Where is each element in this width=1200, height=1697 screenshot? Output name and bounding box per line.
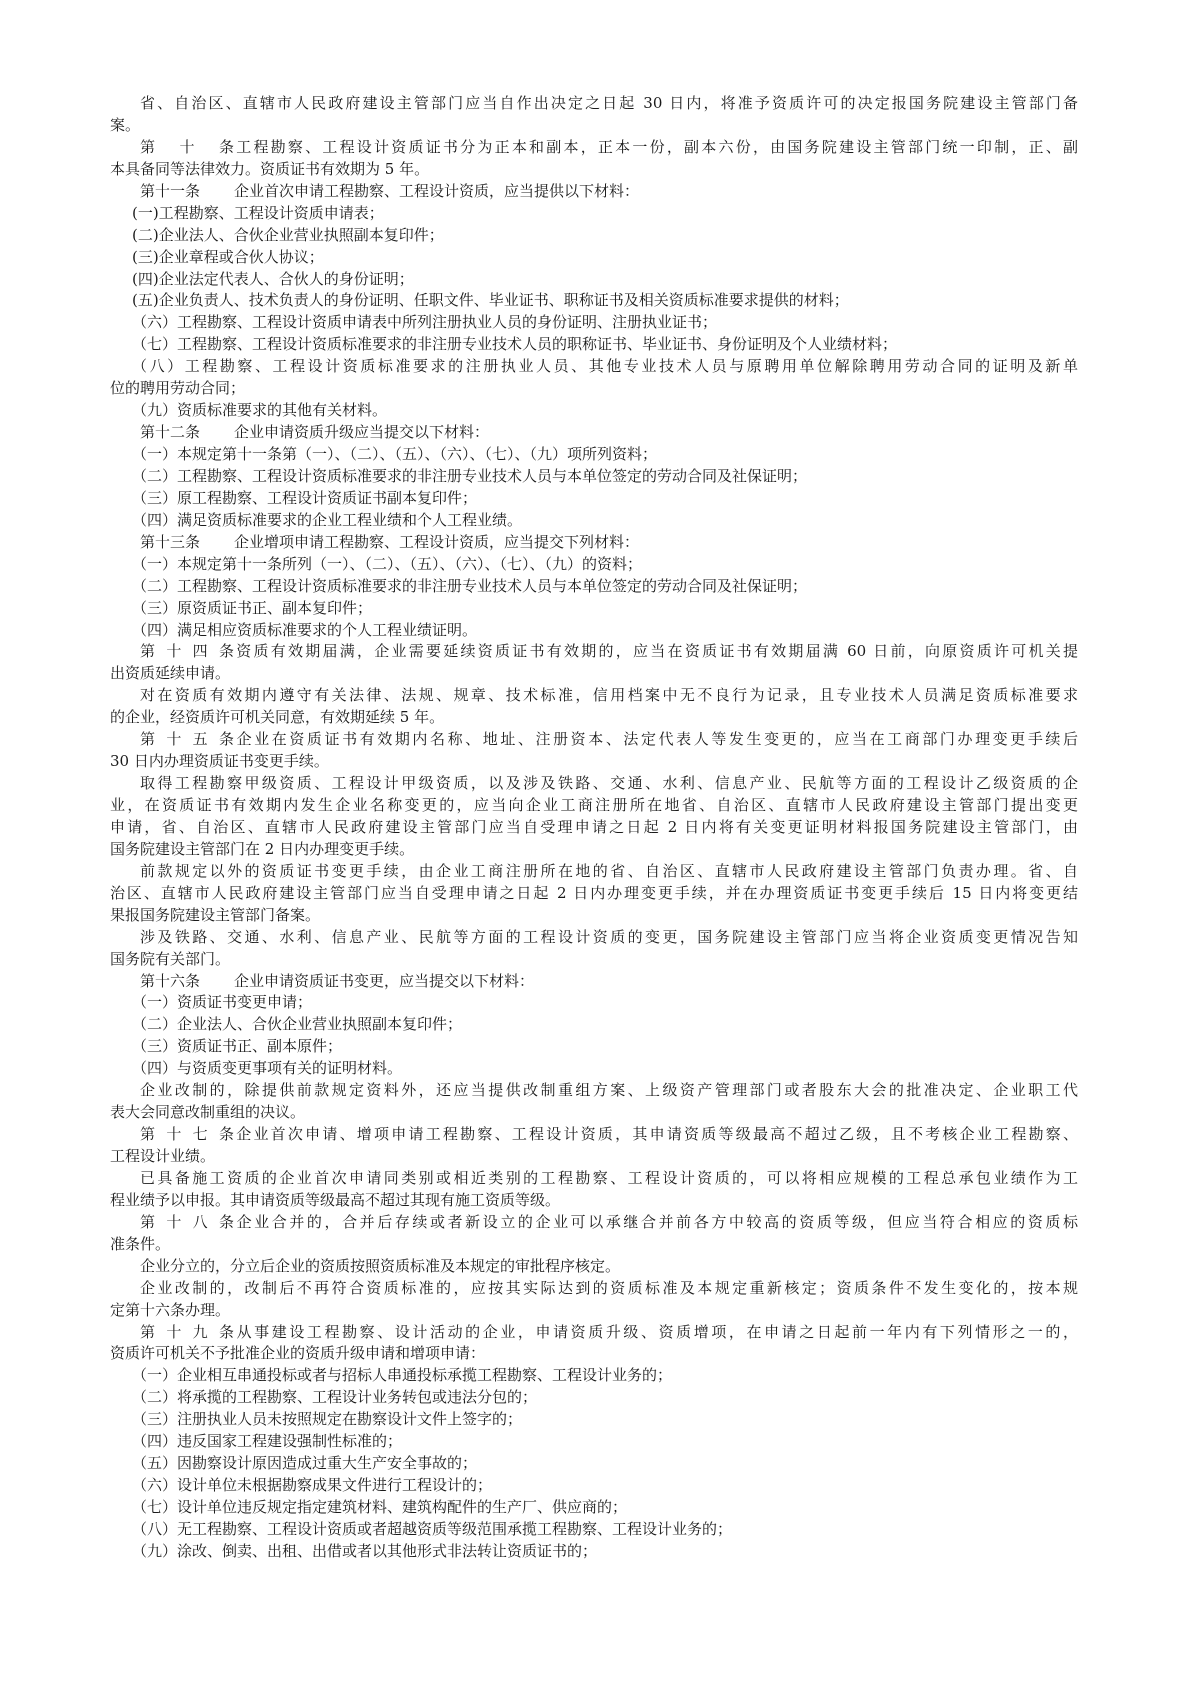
text-line: （三）原工程勘察、工程设计资质证书副本复印件； xyxy=(110,488,1078,510)
text-line: 国务院建设主管部门在 2 日内办理变更手续。 xyxy=(110,839,1078,861)
list-item: （三）原资质证书正、副本复印件； xyxy=(110,598,1078,620)
text-line: 准条件。 xyxy=(110,1234,1078,1256)
text-line: 工程设计业绩。 xyxy=(110,1146,1078,1168)
list-item: （七）工程勘察、工程设计资质标准要求的非注册专业技术人员的职称证书、毕业证书、身… xyxy=(110,334,1078,356)
list-item: （四）违反国家工程建设强制性标准的； xyxy=(110,1431,1078,1453)
list-item: （四）与资质变更事项有关的证明材料。 xyxy=(110,1058,1078,1080)
list-item: （一）本规定第十一条第（一）、（二）、（五）、（六）、（七）、（九）项所列资料； xyxy=(110,444,1078,466)
text-line: 第十六条企业申请资质证书变更，应当提交以下材料： xyxy=(110,971,1078,993)
list-item: （六）工程勘察、工程设计资质申请表中所列注册执业人员的身份证明、注册执业证书； xyxy=(110,312,1078,334)
article-number: 第十四条 xyxy=(140,641,234,663)
list-item: (三)企业章程或合伙人协议； xyxy=(110,247,1078,269)
article-paragraph: 第十二条企业申请资质升级应当提交以下材料： xyxy=(110,422,1078,444)
article-text: 企业申请资质升级应当提交以下材料： xyxy=(234,423,489,441)
text-line: （一）本规定第十一条所列（一）、（二）、（五）、（六）、（七）、（九）的资料； xyxy=(110,554,1078,576)
text-line: 省、自治区、直辖市人民政府建设主管部门应当自作出决定之日起 30 日内，将准予资… xyxy=(110,93,1078,115)
article-paragraph: 第十八条企业合并的，合并后存续或者新设立的企业可以承继合并前各方中较高的资质等级… xyxy=(110,1212,1078,1256)
text-line: (四)企业法定代表人、合伙人的身份证明； xyxy=(110,269,1078,291)
list-item: (一)工程勘察、工程设计资质申请表； xyxy=(110,203,1078,225)
article-number: 第十七条 xyxy=(140,1124,234,1146)
text-line: （一）本规定第十一条第（一）、（二）、（五）、（六）、（七）、（九）项所列资料； xyxy=(110,444,1078,466)
text-line: (二)企业法人、合伙企业营业执照副本复印件； xyxy=(110,225,1078,247)
body-paragraph: 企业改制的，除提供前款规定资料外，还应当提供改制重组方案、上级资产管理部门或者股… xyxy=(110,1080,1078,1124)
text-line: （七）设计单位违反规定指定建筑材料、建筑构配件的生产厂、供应商的； xyxy=(110,1497,1078,1519)
article-paragraph: 第十一条企业首次申请工程勘察、工程设计资质，应当提供以下材料： xyxy=(110,181,1078,203)
text-line: （四）满足资质标准要求的企业工程业绩和个人工程业绩。 xyxy=(110,510,1078,532)
list-item: （四）满足相应资质标准要求的个人工程业绩证明。 xyxy=(110,620,1078,642)
text-line: （八）工程勘察、工程设计资质标准要求的注册执业人员、其他专业技术人员与原聘用单位… xyxy=(110,356,1078,378)
text-line: （二）工程勘察、工程设计资质标准要求的非注册专业技术人员与本单位签定的劳动合同及… xyxy=(110,466,1078,488)
article-number: 第十一条 xyxy=(140,181,234,203)
list-item: （二）工程勘察、工程设计资质标准要求的非注册专业技术人员与本单位签定的劳动合同及… xyxy=(110,576,1078,598)
text-line: 表大会同意改制重组的决议。 xyxy=(110,1102,1078,1124)
text-line: （六）设计单位未根据勘察成果文件进行工程设计的； xyxy=(110,1475,1078,1497)
text-line: （九）涂改、倒卖、出租、出借或者以其他形式非法转让资质证书的； xyxy=(110,1541,1078,1563)
text-line: （五）因勘察设计原因造成过重大生产安全事故的； xyxy=(110,1453,1078,1475)
text-line: 治区、直辖市人民政府建设主管部门应当自受理申请之日起 2 日内办理变更手续，并在… xyxy=(110,883,1078,905)
text-line: （四）违反国家工程建设强制性标准的； xyxy=(110,1431,1078,1453)
text-line: 国务院有关部门。 xyxy=(110,949,1078,971)
text-line: 本具备同等法律效力。资质证书有效期为 5 年。 xyxy=(110,159,1078,181)
article-paragraph: 第十五条企业在资质证书有效期内名称、地址、注册资本、法定代表人等发生变更的，应当… xyxy=(110,729,1078,773)
text-line: 对在资质有效期内遵守有关法律、法规、规章、技术标准，信用档案中无不良行为记录，且… xyxy=(110,685,1078,707)
list-item: （一）企业相互串通投标或者与招标人串通投标承揽工程勘察、工程设计业务的； xyxy=(110,1365,1078,1387)
text-line: 资质许可机关不予批准企业的资质升级申请和增项申请： xyxy=(110,1343,1078,1365)
text-line: 程业绩予以申报。其申请资质等级最高不超过其现有施工资质等级。 xyxy=(110,1190,1078,1212)
text-line: 第十一条企业首次申请工程勘察、工程设计资质，应当提供以下材料： xyxy=(110,181,1078,203)
article-text: 企业增项申请工程勘察、工程设计资质，应当提交下列材料： xyxy=(234,533,639,551)
article-number: 第十六条 xyxy=(140,971,234,993)
body-paragraph: 涉及铁路、交通、水利、信息产业、民航等方面的工程设计资质的变更，国务院建设主管部… xyxy=(110,927,1078,971)
list-item: （四）满足资质标准要求的企业工程业绩和个人工程业绩。 xyxy=(110,510,1078,532)
article-number: 第十条 xyxy=(140,137,234,159)
list-item: （三）原工程勘察、工程设计资质证书副本复印件； xyxy=(110,488,1078,510)
article-number: 第十九条 xyxy=(140,1322,234,1344)
text-line: （九）资质标准要求的其他有关材料。 xyxy=(110,400,1078,422)
text-line: （二）将承揽的工程勘察、工程设计业务转包或违法分包的； xyxy=(110,1387,1078,1409)
text-line: （七）工程勘察、工程设计资质标准要求的非注册专业技术人员的职称证书、毕业证书、身… xyxy=(110,334,1078,356)
list-item: （五）因勘察设计原因造成过重大生产安全事故的； xyxy=(110,1453,1078,1475)
article-text: 企业合并的，合并后存续或者新设立的企业可以承继合并前各方中较高的资质等级，但应当… xyxy=(234,1213,1078,1231)
text-line: 第十五条企业在资质证书有效期内名称、地址、注册资本、法定代表人等发生变更的，应当… xyxy=(110,729,1078,751)
article-text: 企业申请资质证书变更，应当提交以下材料： xyxy=(234,972,534,990)
text-line: (三)企业章程或合伙人协议； xyxy=(110,247,1078,269)
text-line: （三）原资质证书正、副本复印件； xyxy=(110,598,1078,620)
list-item: (五)企业负责人、技术负责人的身份证明、任职文件、毕业证书、职称证书及相关资质标… xyxy=(110,290,1078,312)
list-item: （三）注册执业人员未按照规定在勘察设计文件上签字的； xyxy=(110,1409,1078,1431)
text-line: （二）工程勘察、工程设计资质标准要求的非注册专业技术人员与本单位签定的劳动合同及… xyxy=(110,576,1078,598)
text-line: 第十八条企业合并的，合并后存续或者新设立的企业可以承继合并前各方中较高的资质等级… xyxy=(110,1212,1078,1234)
text-line: （六）工程勘察、工程设计资质申请表中所列注册执业人员的身份证明、注册执业证书； xyxy=(110,312,1078,334)
text-line: (一)工程勘察、工程设计资质申请表； xyxy=(110,203,1078,225)
text-line: 第十九条从事建设工程勘察、设计活动的企业，申请资质升级、资质增项，在申请之日起前… xyxy=(110,1322,1078,1344)
article-text: 从事建设工程勘察、设计活动的企业，申请资质升级、资质增项，在申请之日起前一年内有… xyxy=(234,1323,1078,1341)
text-line: 业，在资质证书有效期内发生企业名称变更的，应当向企业工商注册所在地省、自治区、直… xyxy=(110,795,1078,817)
article-paragraph: 第十四条资质有效期届满，企业需要延续资质证书有效期的，应当在资质证书有效期届满 … xyxy=(110,641,1078,685)
list-item: （六）设计单位未根据勘察成果文件进行工程设计的； xyxy=(110,1475,1078,1497)
list-item: （一）本规定第十一条所列（一）、（二）、（五）、（六）、（七）、（九）的资料； xyxy=(110,554,1078,576)
list-item: （一）资质证书变更申请； xyxy=(110,992,1078,1014)
list-item: （八）无工程勘察、工程设计资质或者超越资质等级范围承揽工程勘察、工程设计业务的； xyxy=(110,1519,1078,1541)
article-text: 企业在资质证书有效期内名称、地址、注册资本、法定代表人等发生变更的，应当在工商部… xyxy=(234,730,1078,748)
document-page: 省、自治区、直辖市人民政府建设主管部门应当自作出决定之日起 30 日内，将准予资… xyxy=(110,93,1078,1563)
article-number: 第十三条 xyxy=(140,532,234,554)
list-item: （二）工程勘察、工程设计资质标准要求的非注册专业技术人员与本单位签定的劳动合同及… xyxy=(110,466,1078,488)
list-item: （三）资质证书正、副本原件； xyxy=(110,1036,1078,1058)
article-paragraph: 第十七条企业首次申请、增项申请工程勘察、工程设计资质，其申请资质等级最高不超过乙… xyxy=(110,1124,1078,1168)
article-text: 资质有效期届满，企业需要延续资质证书有效期的，应当在资质证书有效期届满 60 日… xyxy=(234,642,1078,660)
text-line: （二）企业法人、合伙企业营业执照副本复印件； xyxy=(110,1014,1078,1036)
article-text: 企业首次申请工程勘察、工程设计资质，应当提供以下材料： xyxy=(234,182,639,200)
list-item: （九）资质标准要求的其他有关材料。 xyxy=(110,400,1078,422)
text-line: 位的聘用劳动合同； xyxy=(110,378,1078,400)
article-number: 第十二条 xyxy=(140,422,234,444)
text-line: （四）与资质变更事项有关的证明材料。 xyxy=(110,1058,1078,1080)
body-paragraph: 取得工程勘察甲级资质、工程设计甲级资质，以及涉及铁路、交通、水利、信息产业、民航… xyxy=(110,773,1078,861)
body-paragraph: 前款规定以外的资质证书变更手续，由企业工商注册所在地的省、自治区、直辖市人民政府… xyxy=(110,861,1078,927)
text-line: （一）资质证书变更申请； xyxy=(110,992,1078,1014)
body-paragraph: 已具备施工资质的企业首次申请同类别或相近类别的工程勘察、工程设计资质的，可以将相… xyxy=(110,1168,1078,1212)
text-line: （四）满足相应资质标准要求的个人工程业绩证明。 xyxy=(110,620,1078,642)
body-paragraph: 企业分立的，分立后企业的资质按照资质标准及本规定的审批程序核定。 xyxy=(110,1256,1078,1278)
text-line: 取得工程勘察甲级资质、工程设计甲级资质，以及涉及铁路、交通、水利、信息产业、民航… xyxy=(110,773,1078,795)
text-line: 30 日内办理资质证书变更手续。 xyxy=(110,751,1078,773)
text-line: （三）资质证书正、副本原件； xyxy=(110,1036,1078,1058)
text-line: 的企业，经资质许可机关同意，有效期延续 5 年。 xyxy=(110,707,1078,729)
text-line: 已具备施工资质的企业首次申请同类别或相近类别的工程勘察、工程设计资质的，可以将相… xyxy=(110,1168,1078,1190)
list-item: （九）涂改、倒卖、出租、出借或者以其他形式非法转让资质证书的； xyxy=(110,1541,1078,1563)
text-line: 企业改制的，改制后不再符合资质标准的，应按其实际达到的资质标准及本规定重新核定；… xyxy=(110,1278,1078,1300)
text-line: 第十二条企业申请资质升级应当提交以下材料： xyxy=(110,422,1078,444)
article-number: 第十八条 xyxy=(140,1212,234,1234)
text-line: 企业改制的，除提供前款规定资料外，还应当提供改制重组方案、上级资产管理部门或者股… xyxy=(110,1080,1078,1102)
text-line: (五)企业负责人、技术负责人的身份证明、任职文件、毕业证书、职称证书及相关资质标… xyxy=(110,290,1078,312)
body-paragraph: 省、自治区、直辖市人民政府建设主管部门应当自作出决定之日起 30 日内，将准予资… xyxy=(110,93,1078,137)
text-line: 出资质延续申请。 xyxy=(110,663,1078,685)
text-line: 定第十六条办理。 xyxy=(110,1300,1078,1322)
article-paragraph: 第十九条从事建设工程勘察、设计活动的企业，申请资质升级、资质增项，在申请之日起前… xyxy=(110,1322,1078,1366)
list-item: （七）设计单位违反规定指定建筑材料、建筑构配件的生产厂、供应商的； xyxy=(110,1497,1078,1519)
text-line: （三）注册执业人员未按照规定在勘察设计文件上签字的； xyxy=(110,1409,1078,1431)
list-item: (二)企业法人、合伙企业营业执照副本复印件； xyxy=(110,225,1078,247)
list-item: （二）企业法人、合伙企业营业执照副本复印件； xyxy=(110,1014,1078,1036)
list-item: （二）将承揽的工程勘察、工程设计业务转包或违法分包的； xyxy=(110,1387,1078,1409)
article-paragraph: 第十条工程勘察、工程设计资质证书分为正本和副本，正本一份，副本六份，由国务院建设… xyxy=(110,137,1078,181)
text-line: 第十三条企业增项申请工程勘察、工程设计资质，应当提交下列材料： xyxy=(110,532,1078,554)
article-number: 第十五条 xyxy=(140,729,234,751)
list-item: (四)企业法定代表人、合伙人的身份证明； xyxy=(110,269,1078,291)
article-paragraph: 第十六条企业申请资质证书变更，应当提交以下材料： xyxy=(110,971,1078,993)
text-line: （一）企业相互串通投标或者与招标人串通投标承揽工程勘察、工程设计业务的； xyxy=(110,1365,1078,1387)
text-line: 申请，省、自治区、直辖市人民政府建设主管部门应当自受理申请之日起 2 日内将有关… xyxy=(110,817,1078,839)
text-line: 案。 xyxy=(110,115,1078,137)
body-paragraph: 企业改制的，改制后不再符合资质标准的，应按其实际达到的资质标准及本规定重新核定；… xyxy=(110,1278,1078,1322)
article-text: 工程勘察、工程设计资质证书分为正本和副本，正本一份，副本六份，由国务院建设主管部… xyxy=(234,138,1078,156)
article-text: 企业首次申请、增项申请工程勘察、工程设计资质，其申请资质等级最高不超过乙级，且不… xyxy=(234,1125,1078,1143)
text-line: 第十条工程勘察、工程设计资质证书分为正本和副本，正本一份，副本六份，由国务院建设… xyxy=(110,137,1078,159)
article-paragraph: 第十三条企业增项申请工程勘察、工程设计资质，应当提交下列材料： xyxy=(110,532,1078,554)
list-item: （八）工程勘察、工程设计资质标准要求的注册执业人员、其他专业技术人员与原聘用单位… xyxy=(110,356,1078,400)
text-line: 第十四条资质有效期届满，企业需要延续资质证书有效期的，应当在资质证书有效期届满 … xyxy=(110,641,1078,663)
text-line: 涉及铁路、交通、水利、信息产业、民航等方面的工程设计资质的变更，国务院建设主管部… xyxy=(110,927,1078,949)
text-line: 果报国务院建设主管部门备案。 xyxy=(110,905,1078,927)
body-paragraph: 对在资质有效期内遵守有关法律、法规、规章、技术标准，信用档案中无不良行为记录，且… xyxy=(110,685,1078,729)
text-line: （八）无工程勘察、工程设计资质或者超越资质等级范围承揽工程勘察、工程设计业务的； xyxy=(110,1519,1078,1541)
text-line: 第十七条企业首次申请、增项申请工程勘察、工程设计资质，其申请资质等级最高不超过乙… xyxy=(110,1124,1078,1146)
text-line: 前款规定以外的资质证书变更手续，由企业工商注册所在地的省、自治区、直辖市人民政府… xyxy=(110,861,1078,883)
text-line: 企业分立的，分立后企业的资质按照资质标准及本规定的审批程序核定。 xyxy=(110,1256,1078,1278)
